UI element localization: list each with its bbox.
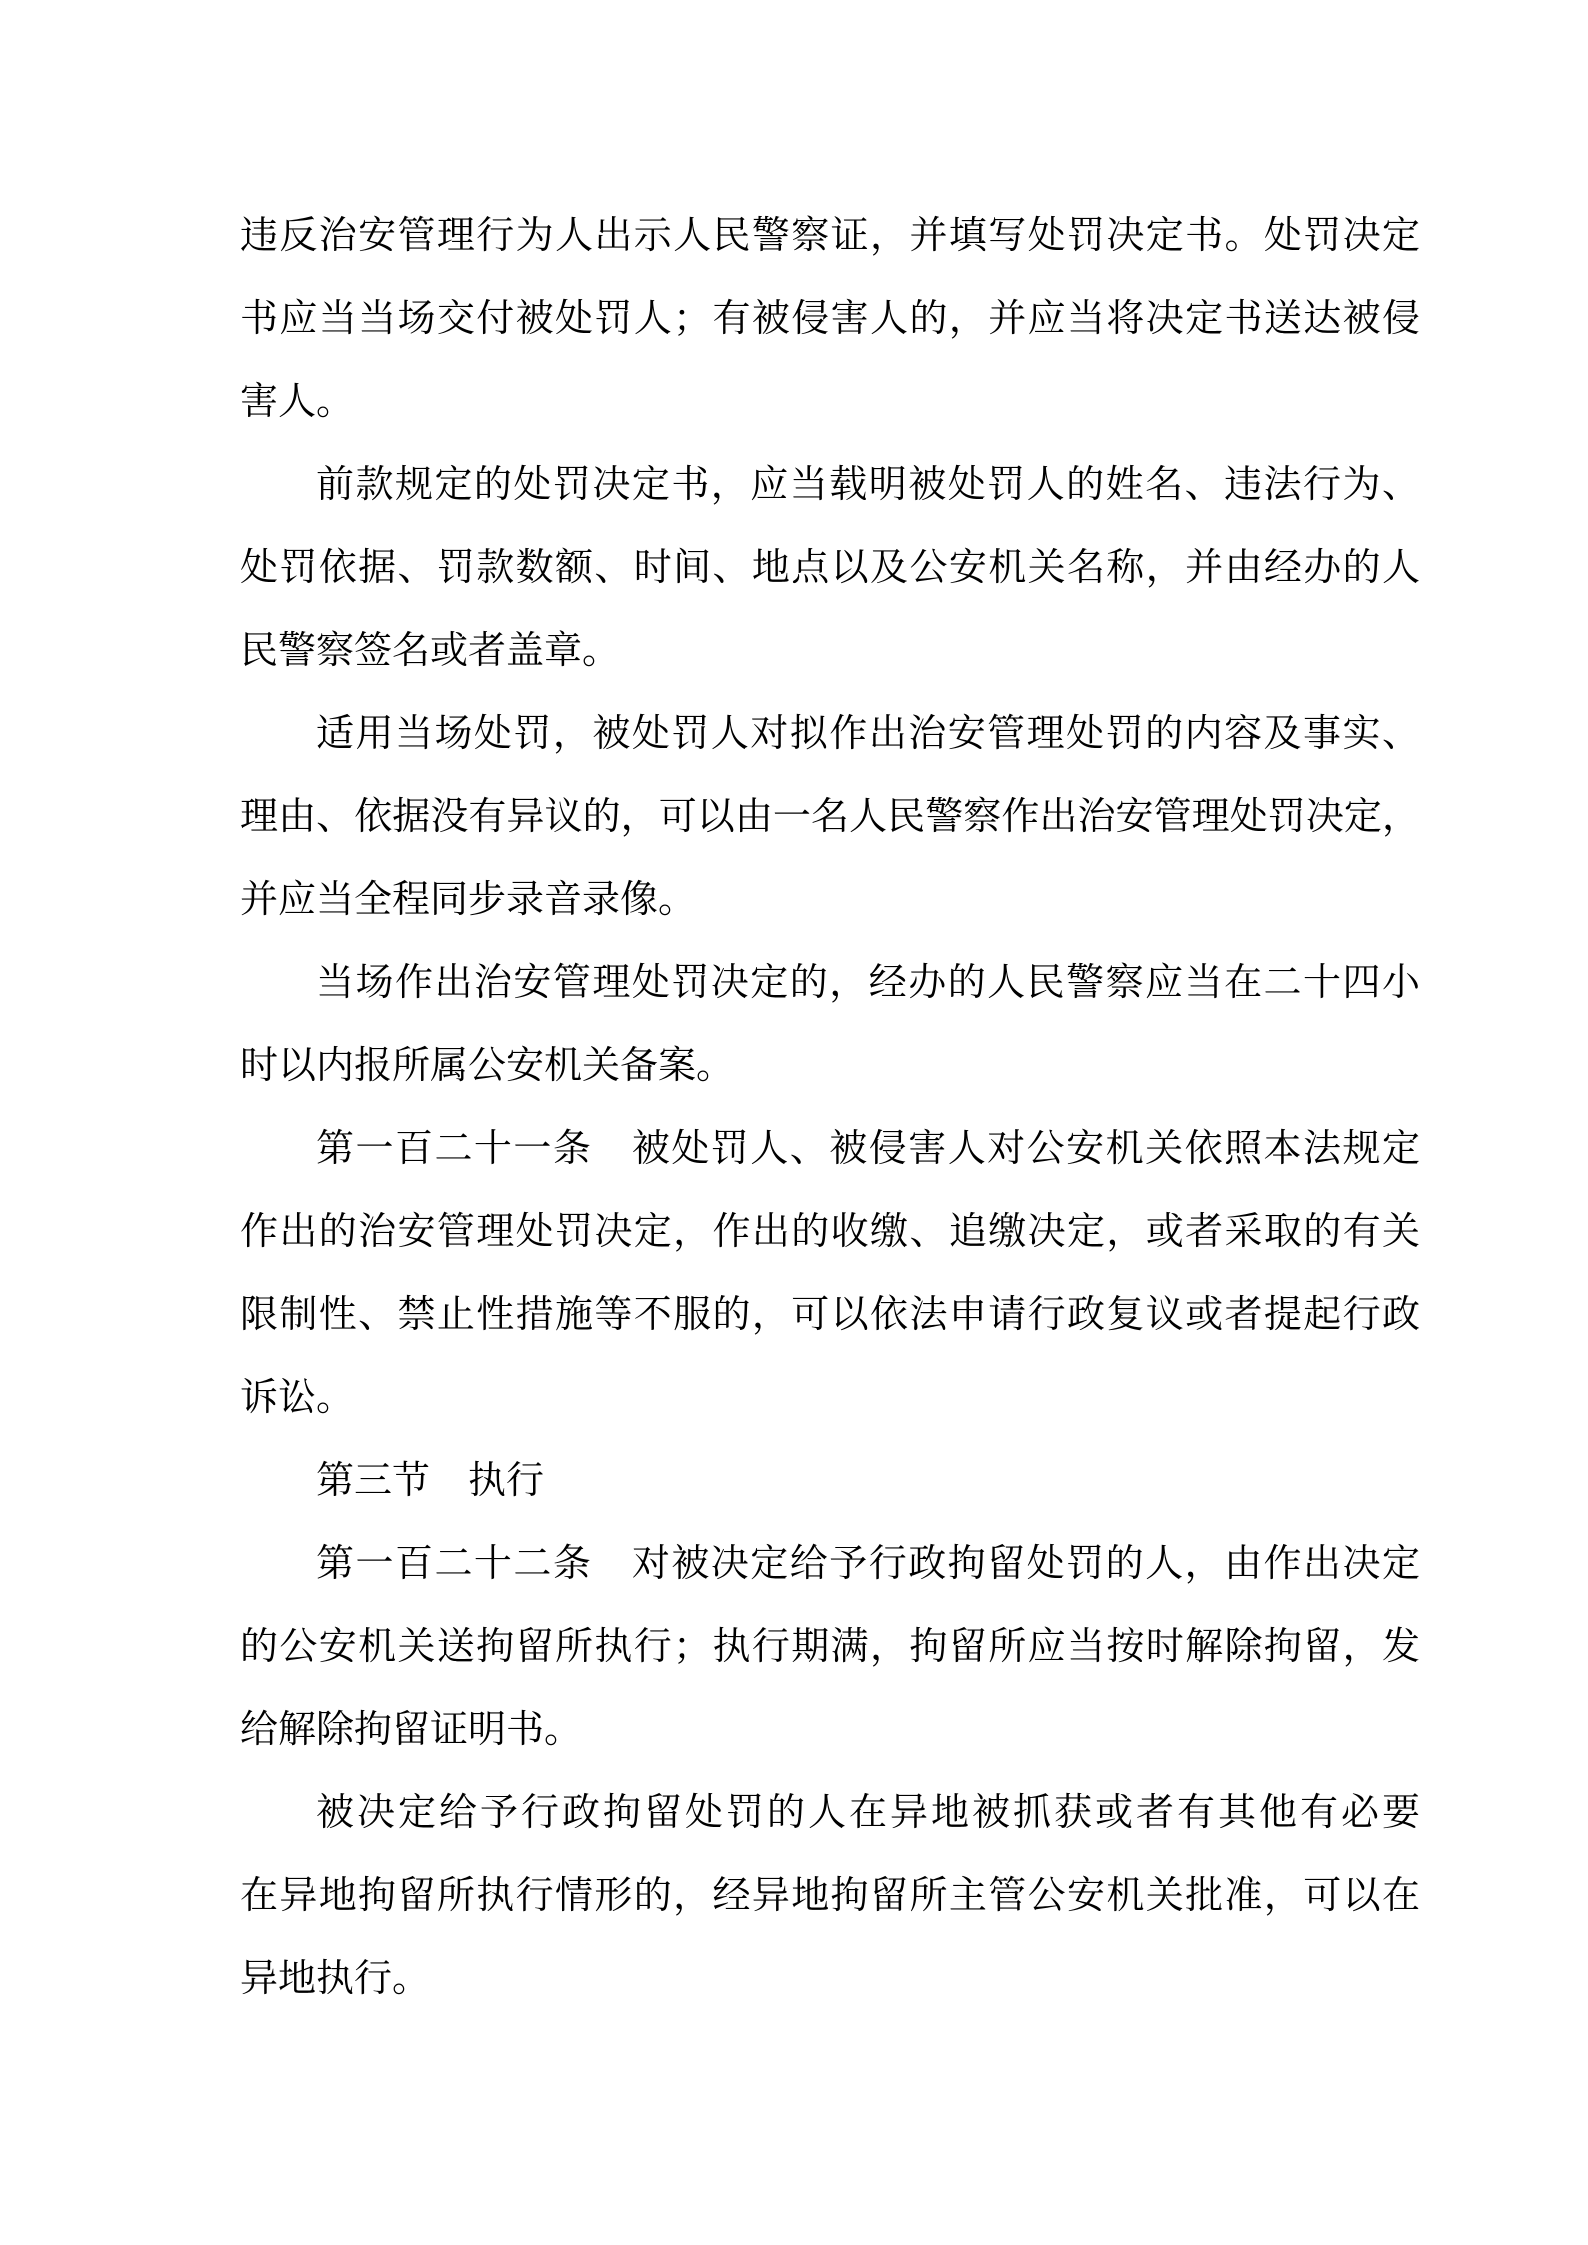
text-line: 前款规定的处罚决定书，应当载明被处罚人的姓名、违法行为、 — [240, 444, 1420, 527]
text-line: 第一百二十一条 被处罚人、被侵害人对公安机关依照本法规定 — [240, 1108, 1420, 1191]
text-line: 书应当当场交付被处罚人；有被侵害人的，并应当将决定书送达被侵 — [240, 278, 1420, 361]
text-line: 害人。 — [240, 361, 1420, 444]
text-line: 民警察签名或者盖章。 — [240, 610, 1420, 693]
text-line: 给解除拘留证明书。 — [240, 1689, 1420, 1772]
text-line: 作出的治安管理处罚决定，作出的收缴、追缴决定，或者采取的有关 — [240, 1191, 1420, 1274]
text-line: 适用当场处罚，被处罚人对拟作出治安管理处罚的内容及事实、 — [240, 693, 1420, 776]
text-line: 诉讼。 — [240, 1357, 1420, 1440]
text-line: 处罚依据、罚款数额、时间、地点以及公安机关名称，并由经办的人 — [240, 527, 1420, 610]
text-line: 违反治安管理行为人出示人民警察证，并填写处罚决定书。处罚决定 — [240, 195, 1420, 278]
text-line: 限制性、禁止性措施等不服的，可以依法申请行政复议或者提起行政 — [240, 1274, 1420, 1357]
text-line: 第一百二十二条 对被决定给予行政拘留处罚的人，由作出决定 — [240, 1523, 1420, 1606]
text-line: 被决定给予行政拘留处罚的人在异地被抓获或者有其他有必要 — [240, 1772, 1420, 1855]
text-line: 理由、依据没有异议的，可以由一名人民警察作出治安管理处罚决定， — [240, 776, 1420, 859]
document-page: 违反治安管理行为人出示人民警察证，并填写处罚决定书。处罚决定书应当当场交付被处罚… — [0, 0, 1588, 2245]
text-line: 异地执行。 — [240, 1938, 1420, 2021]
text-line: 第三节 执行 — [240, 1440, 1420, 1523]
text-line: 的公安机关送拘留所执行；执行期满，拘留所应当按时解除拘留，发 — [240, 1606, 1420, 1689]
text-line: 时以内报所属公安机关备案。 — [240, 1025, 1420, 1108]
text-line: 在异地拘留所执行情形的，经异地拘留所主管公安机关批准，可以在 — [240, 1855, 1420, 1938]
text-line: 并应当全程同步录音录像。 — [240, 859, 1420, 942]
document-content: 违反治安管理行为人出示人民警察证，并填写处罚决定书。处罚决定书应当当场交付被处罚… — [240, 195, 1420, 2021]
text-line: 当场作出治安管理处罚决定的，经办的人民警察应当在二十四小 — [240, 942, 1420, 1025]
